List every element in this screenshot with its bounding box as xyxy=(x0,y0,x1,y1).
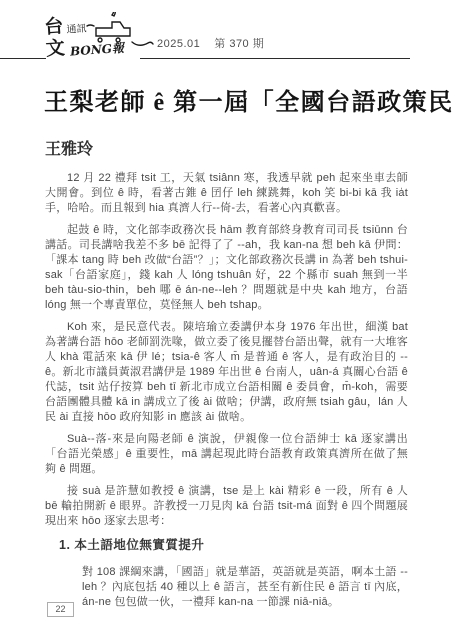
issue-date: 2025.01 xyxy=(157,38,200,50)
logo-word-bongpo: BONG報 xyxy=(69,41,127,59)
swoosh-doodle xyxy=(132,42,153,45)
page-number: 22 xyxy=(55,604,65,614)
logo-word-tongsin: 通訊 xyxy=(66,22,87,35)
body-paragraph: Koh 來，是民意代表。陳培瑜立委講伊本身 1976 年出世，細漢 bat 為著… xyxy=(45,320,408,425)
flame-doodle-icon xyxy=(112,12,115,16)
body-paragraph: 接 suà 是許慧如教授 ê 演講，tse 是上 kài 精彩 ê 一段，所有 … xyxy=(45,484,408,529)
section-paragraph: 對 108 課綱來講，「國語」就是華語，英語就是英語，啊本土語 --leh ？內… xyxy=(82,565,408,610)
section-heading: 1. 本土語地位無實質提升 xyxy=(59,538,408,553)
author-name: 王雅玲 xyxy=(45,140,408,159)
body-paragraph: Suà--落-來是向陽老師 ê 演說，伊親像一位台語紳士 kā 逐家講出「台語光… xyxy=(45,432,408,477)
body-paragraph: 12 月 22 禮拜 tsit 工，天氣 tsiânn 寒，我透早就 peh 起… xyxy=(45,171,408,216)
issue-info: 2025.01第 370 期 xyxy=(157,35,278,51)
logo-char-tai: 台 xyxy=(44,14,64,38)
issue-number: 第 370 期 xyxy=(214,38,264,50)
body-paragraph: 起鼓 ê 時，文化部李政務次長 hām 教育部終身教育司司長 tsiūnn 台講… xyxy=(45,223,408,313)
article-title: 王梨老師 ê 第一屆「全國台語政策民間會議 xyxy=(44,82,453,117)
bong-po-logo: 台 文 通訊 BONG報 xyxy=(44,12,156,62)
train-doodle-icon xyxy=(87,22,130,42)
header-rule-right xyxy=(140,58,410,59)
header-rule-left xyxy=(0,58,46,59)
article-body: 王雅玲 12 月 22 禮拜 tsit 工，天氣 tsiânn 寒，我透早就 p… xyxy=(45,140,408,610)
page-number-box: 22 xyxy=(47,602,74,617)
magazine-page: 台 文 通訊 BONG報 2025.01第 370 期 王梨老師 ê 第一屆「全… xyxy=(0,0,453,640)
logo-char-bun: 文 xyxy=(45,36,66,60)
